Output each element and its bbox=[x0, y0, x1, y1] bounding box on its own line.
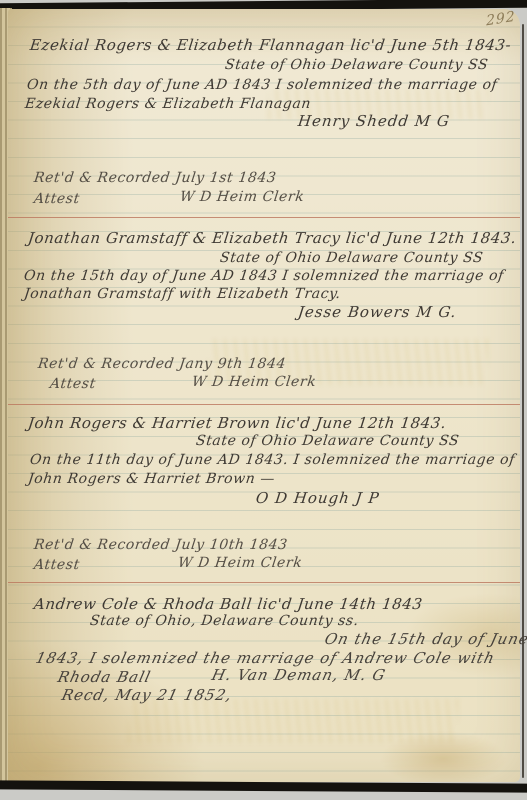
return3-clerk-signature: W D Heim Clerk bbox=[177, 555, 303, 571]
return2-recorded-line: Ret'd & Recorded Jany 9th 1844 bbox=[37, 356, 287, 372]
ledger-page-scan: 292 Ezekial Rogers & Elizabeth Flannagan… bbox=[0, 0, 527, 800]
return1-recorded-line: Ret'd & Recorded July 1st 1843 bbox=[33, 170, 277, 186]
entry4-solemnized-line1: On the 15th day of June bbox=[323, 630, 527, 648]
entry3-state-line: State of Ohio Delaware County SS bbox=[195, 433, 460, 449]
entry4-bride-line: Rhoda Ball bbox=[56, 668, 153, 686]
return1-attest-label: Attest bbox=[33, 191, 81, 207]
return1-clerk-signature: W D Heim Clerk bbox=[179, 189, 305, 205]
entry2-couple-line: Jonathan Gramstaff with Elizabeth Tracy. bbox=[23, 286, 342, 302]
entry3-license-line: John Rogers & Harriet Brown lic'd June 1… bbox=[27, 414, 448, 432]
entry2-solemnized-line: On the 15th day of June AD 1843 I solemn… bbox=[23, 268, 505, 284]
entry3-couple-line: John Rogers & Harriet Brown — bbox=[27, 471, 276, 487]
return3-attest-label: Attest bbox=[33, 557, 81, 573]
entry4-license-line: Andrew Cole & Rhoda Ball lic'd June 14th… bbox=[33, 595, 424, 613]
entry1-couple-line: Ezekial Rogers & Elizabeth Flanagan bbox=[24, 96, 312, 112]
return2-attest-label: Attest bbox=[49, 376, 97, 392]
entry1-state-line: State of Ohio Delaware County SS bbox=[224, 57, 489, 73]
entry1-solemnized-line: On the 5th day of June AD 1843 I solemni… bbox=[26, 77, 498, 93]
entry2-license-line: Jonathan Gramstaff & Elizabeth Tracy lic… bbox=[27, 229, 518, 247]
entry4-state-line: State of Ohio, Delaware County ss. bbox=[89, 613, 360, 629]
return3-recorded-line: Ret'd & Recorded July 10th 1843 bbox=[33, 537, 289, 553]
entry1-license-line: Ezekial Rogers & Elizabeth Flannagan lic… bbox=[29, 36, 513, 54]
handwritten-text-layer: 292 Ezekial Rogers & Elizabeth Flannagan… bbox=[0, 0, 527, 800]
return2-clerk-signature: W D Heim Clerk bbox=[191, 374, 317, 390]
entry4-received-line: Recd, May 21 1852, bbox=[60, 686, 234, 704]
entry3-minister-signature: O D Hough J P bbox=[255, 489, 381, 507]
entry2-state-line: State of Ohio Delaware County SS bbox=[219, 250, 484, 266]
entry3-solemnized-line: On the 11th day of June AD 1843. I solem… bbox=[29, 452, 516, 468]
entry4-minister-signature: H. Van Deman, M. G bbox=[210, 666, 388, 684]
entry1-minister-signature: Henry Shedd M G bbox=[297, 112, 451, 130]
page-number: 292 bbox=[486, 9, 516, 30]
entry2-minister-signature: Jesse Bowers M G. bbox=[297, 303, 458, 321]
entry4-solemnized-line2: 1843, I solemnized the marriage of Andre… bbox=[34, 649, 497, 667]
